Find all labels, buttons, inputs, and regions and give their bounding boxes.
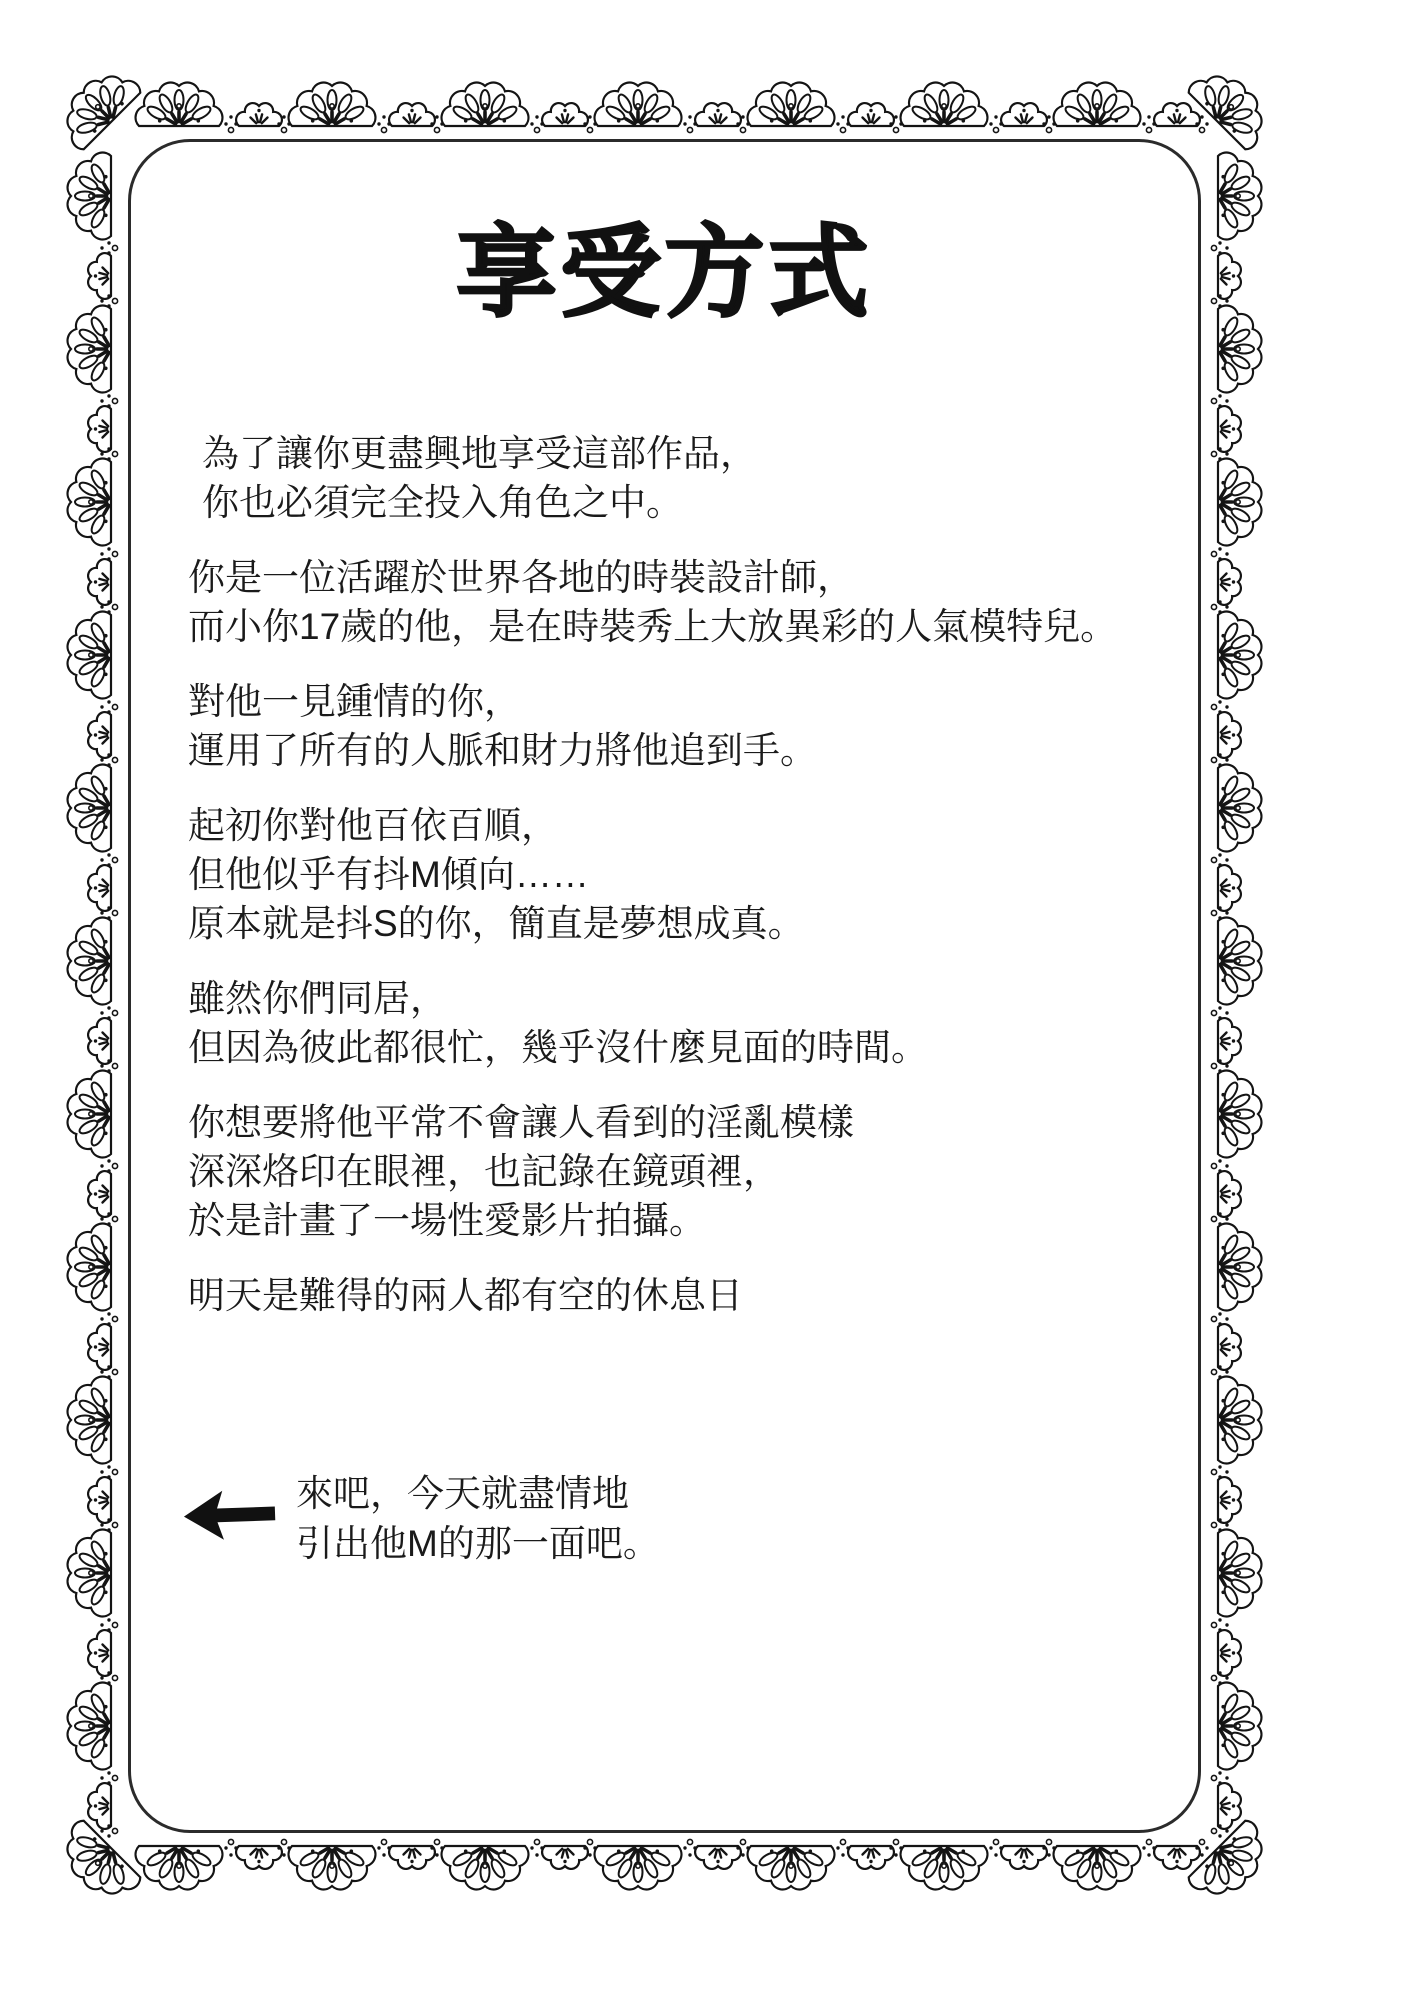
story-paragraph-2: 你是一位活躍於世界各地的時裝設計師， 而小你17歲的他，是在時裝秀上大放異彩的人…: [188, 553, 1161, 651]
page-content: 享受方式 為了讓你更盡興地享受這部作品， 你也必須完全投入角色之中。 你是一位活…: [128, 139, 1201, 1833]
cta-block: 來吧，今天就盡情地 引出他M的那一面吧。: [180, 1469, 660, 1569]
text-line: 於是計畫了一場性愛影片拍攝。: [188, 1196, 1161, 1245]
story-paragraph-1: 為了讓你更盡興地享受這部作品， 你也必須完全投入角色之中。: [188, 429, 1161, 527]
cta-text: 來吧，今天就盡情地 引出他M的那一面吧。: [296, 1469, 660, 1569]
page-title: 享受方式: [128, 217, 1201, 329]
text-line: 但因為彼此都很忙，幾乎沒什麼見面的時間。: [188, 1023, 1161, 1072]
text-line: 你想要將他平常不會讓人看到的淫亂模樣: [188, 1098, 1161, 1147]
left-arrow-icon: [179, 1483, 279, 1546]
story-paragraph-3: 對他一見鍾情的你， 運用了所有的人脈和財力將他追到手。: [188, 677, 1161, 775]
story-paragraph-4: 起初你對他百依百順， 但他似乎有抖M傾向…… 原本就是抖S的你，簡直是夢想成真。: [188, 801, 1161, 948]
text-line: 原本就是抖S的你，簡直是夢想成真。: [188, 899, 1161, 948]
story-paragraph-7: 明天是難得的兩人都有空的休息日: [188, 1271, 1161, 1320]
text-line: 引出他M的那一面吧。: [296, 1519, 660, 1569]
text-line: 來吧，今天就盡情地: [296, 1469, 660, 1519]
text-line: 明天是難得的兩人都有空的休息日: [188, 1271, 1161, 1320]
text-line: 對他一見鍾情的你，: [188, 677, 1161, 726]
doujin-info-page: 享受方式 為了讓你更盡興地享受這部作品， 你也必須完全投入角色之中。 你是一位活…: [0, 0, 1416, 2000]
text-line: 而小你17歲的他，是在時裝秀上大放異彩的人氣模特兒。: [188, 602, 1161, 651]
story-paragraph-5: 雖然你們同居， 但因為彼此都很忙，幾乎沒什麼見面的時間。: [188, 974, 1161, 1072]
text-line: 但他似乎有抖M傾向……: [188, 850, 1161, 899]
text-line: 深深烙印在眼裡，也記錄在鏡頭裡，: [188, 1147, 1161, 1196]
story-text: 為了讓你更盡興地享受這部作品， 你也必須完全投入角色之中。 你是一位活躍於世界各…: [128, 329, 1201, 1320]
text-line: 運用了所有的人脈和財力將他追到手。: [188, 726, 1161, 775]
text-line: 雖然你們同居，: [188, 974, 1161, 1023]
text-line: 你是一位活躍於世界各地的時裝設計師，: [188, 553, 1161, 602]
text-line: 為了讓你更盡興地享受這部作品，: [202, 429, 1161, 478]
text-line: 你也必須完全投入角色之中。: [202, 478, 1161, 527]
text-line: 起初你對他百依百順，: [188, 801, 1161, 850]
story-paragraph-6: 你想要將他平常不會讓人看到的淫亂模樣 深深烙印在眼裡，也記錄在鏡頭裡， 於是計畫…: [188, 1098, 1161, 1245]
